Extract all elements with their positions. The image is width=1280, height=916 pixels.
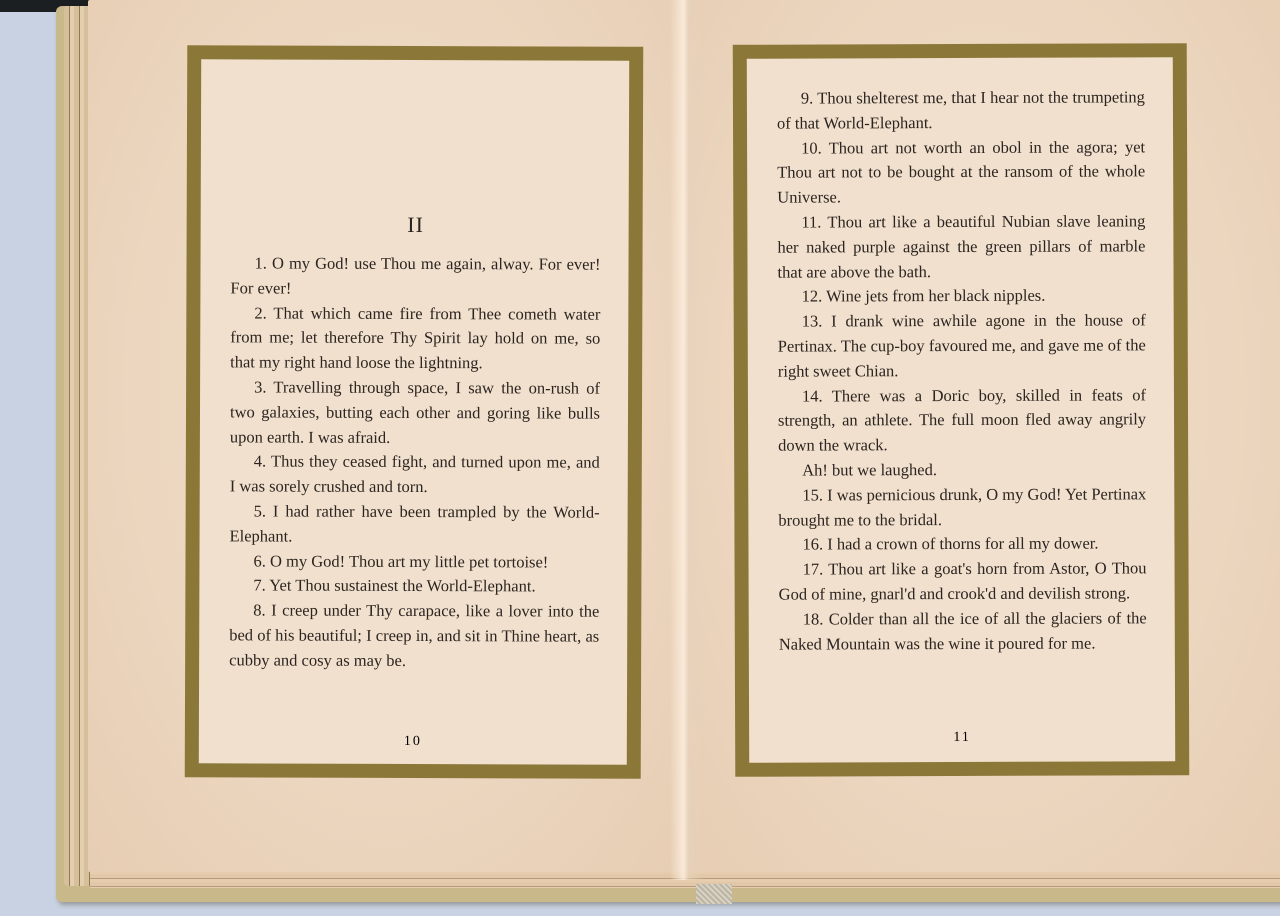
verse: Ah! but we laughed. [778,457,1146,483]
verse: 17. Thou art like a goat's horn from Ast… [779,556,1147,607]
right-page-text: 9. Thou shelterest me, that I hear not t… [747,57,1175,762]
verse: 2. That which came fire from Thee cometh… [230,301,600,377]
left-page-frame: II 1. O my God! use Thou me again, alway… [185,45,644,779]
verse: 18. Colder than all the ice of all the g… [779,606,1147,657]
verse: 16. I had a crown of thorns for all my d… [778,532,1146,558]
page-number: 11 [749,729,1175,746]
verse: 12. Wine jets from her black nipples. [778,284,1146,310]
verse: 8. I creep under Thy carapace, like a lo… [229,599,599,675]
verse: 3. Travelling through space, I saw the o… [230,375,600,451]
verse: 4. Thus they ceased fight, and turned up… [230,450,600,501]
verse: 15. I was pernicious drunk, O my God! Ye… [778,482,1146,533]
verse: 14. There was a Doric boy, skilled in fe… [778,383,1146,459]
verse: 1. O my God! use Thou me again, alway. F… [230,251,600,302]
page-number: 10 [199,733,627,750]
right-page-frame: 9. Thou shelterest me, that I hear not t… [733,43,1190,777]
binding-tape [696,884,732,904]
verse: 13. I drank wine awhile agone in the hou… [778,309,1146,385]
verse: 5. I had rather have been trampled by th… [230,499,600,550]
verse: 9. Thou shelterest me, that I hear not t… [777,85,1145,136]
chapter-heading: II [231,211,601,238]
verse: 6. O my God! Thou art my little pet tort… [229,549,599,575]
book-gutter [670,0,704,880]
verse: 7. Yet Thou sustainest the World-Elephan… [229,574,599,600]
left-page-text: II 1. O my God! use Thou me again, alway… [199,59,629,764]
verse: 11. Thou art like a beautiful Nubian sla… [777,209,1145,285]
verse: 10. Thou art not worth an obol in the ag… [777,135,1145,211]
